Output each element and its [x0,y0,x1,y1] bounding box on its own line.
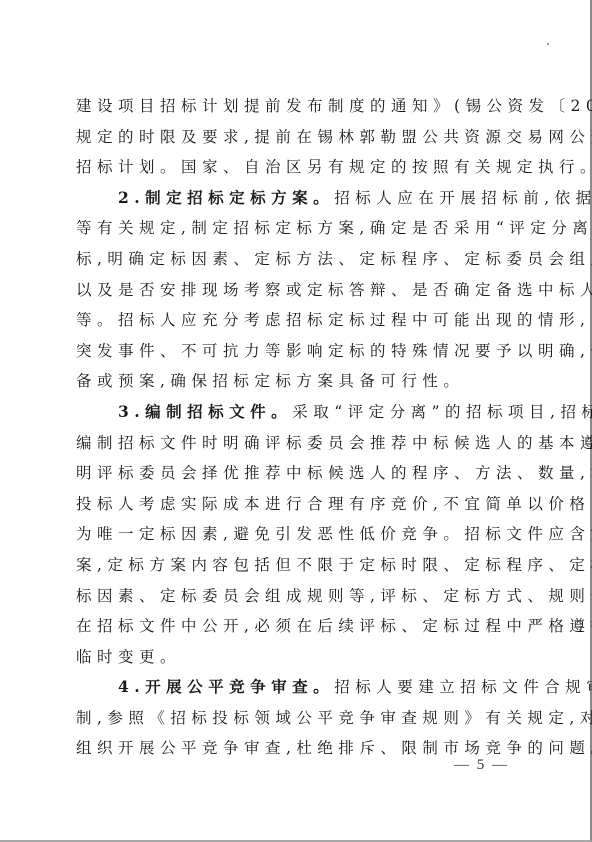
document-page: 建设项目招标计划提前发布制度的通知》(锡公资发〔2025〕1号) 规定的时限及要… [0,0,592,842]
text-line: 建设项目招标计划提前发布制度的通知》(锡公资发〔2025〕1号) [76,91,524,122]
text-line: 以及是否安排现场考察或定标答辩、是否确定备选中标人及方式 [76,275,524,306]
text-line: 标因素、定标委员会组成规则等,评标、定标方式、规则一经确定并 [76,581,524,612]
text-line: 等有关规定,制定招标定标方案,确定是否采用“评定分离”方式招 [76,213,524,244]
section-heading: 3.编制招标文件。 [118,402,292,421]
text-line: 备或预案,确保招标定标方案具备可行性。 [76,366,524,397]
text-line: 临时变更。 [76,642,524,673]
text-line: 编制招标文件时明确评标委员会推荐中标候选人的基本遵循,载 [76,428,524,459]
text-line: 为唯一定标因素,避免引发恶性低价竞争。招标文件应含定标方 [76,519,524,550]
text-line: 标,明确定标因素、定标方法、定标程序、定标委员会组成规则等, [76,244,524,275]
text-run: 采取“评定分离”的招标项目,招标人应在 [292,403,592,421]
text-line: 规定的时限及要求,提前在锡林郭勒盟公共资源交易网公开发布 [76,122,524,153]
text-line: 案,定标方案内容包括但不限于定标时限、定标程序、定标方式、定 [76,550,524,581]
document-body: 建设项目招标计划提前发布制度的通知》(锡公资发〔2025〕1号) 规定的时限及要… [76,91,524,764]
section-heading: 2.制定招标定标方案。 [118,188,334,207]
section-4-first-line: 4.开展公平竞争审查。招标人要建立招标文件合规审查机 [76,672,524,703]
section-2-first-line: 2.制定招标定标方案。招标人应在开展招标前,依据《办法》 [76,183,524,214]
text-line: 制,参照《招标投标领域公平竞争审查规则》有关规定,对招标文件 [76,703,524,734]
text-line: 等。招标人应充分考虑招标定标过程中可能出现的情形,以及对 [76,305,524,336]
text-line: 在招标文件中公开,必须在后续评标、定标过程中严格遵循,不得 [76,611,524,642]
page-number: — 5 — [454,757,509,774]
text-line: 明评标委员会择优推荐中标候选人的程序、方法、数量,注意引导 [76,458,524,489]
section-heading: 4.开展公平竞争审查。 [118,677,334,696]
text-line: 招标计划。国家、自治区另有规定的按照有关规定执行。 [76,152,524,183]
text-run: 招标人应在开展招标前,依据《办法》 [334,189,592,207]
scan-artifact [547,43,549,45]
text-line: 投标人考虑实际成本进行合理有序竞价,不宜简单以价格因素作 [76,489,524,520]
text-run: 招标人要建立招标文件合规审查机 [334,678,592,696]
section-3-first-line: 3.编制招标文件。采取“评定分离”的招标项目,招标人应在 [76,397,524,428]
text-line: 突发事件、不可抗力等影响定标的特殊情况要予以明确,做周全准 [76,336,524,367]
